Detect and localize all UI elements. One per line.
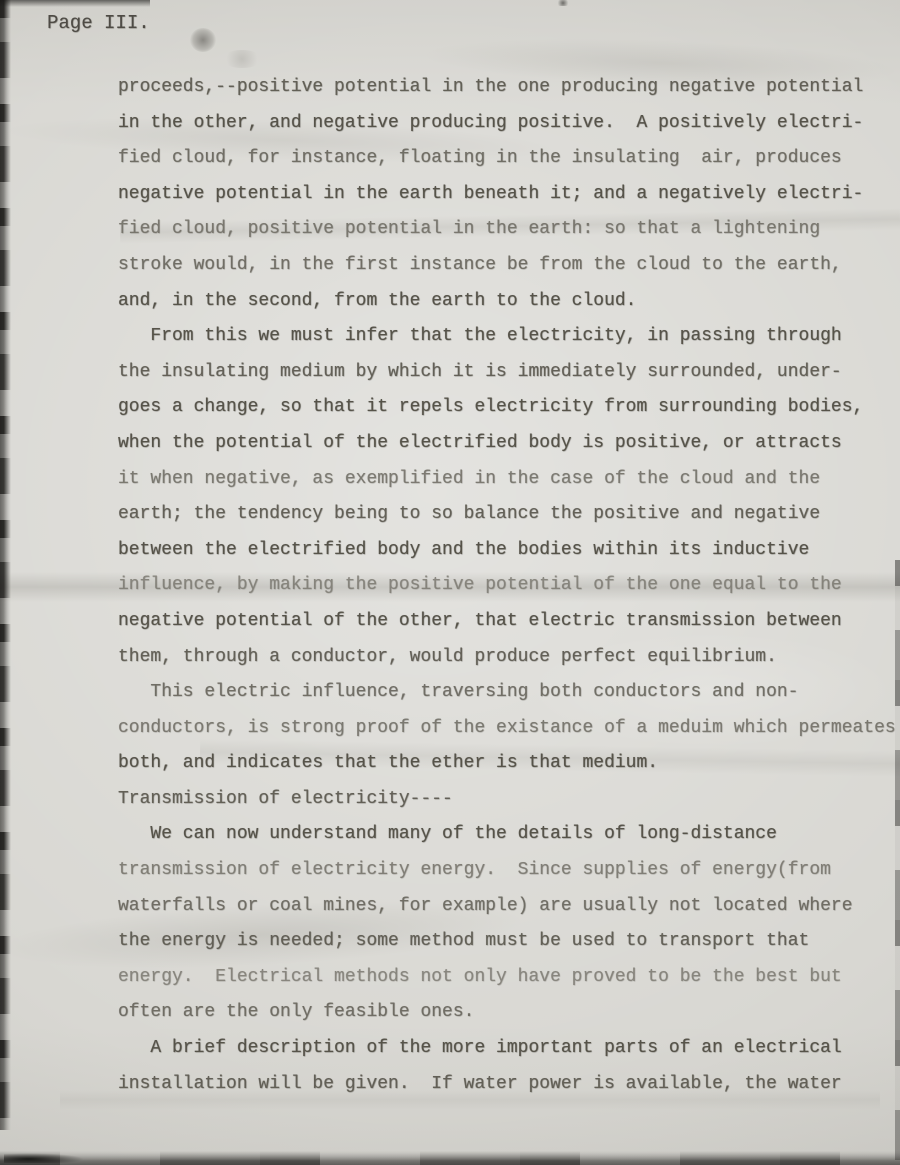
ink-smudge <box>222 50 262 68</box>
ink-speck <box>556 0 570 6</box>
text-line: fied cloud, positive potential in the ea… <box>118 216 900 252</box>
document-page: Page III. proceeds,--positive potential … <box>0 0 900 1165</box>
scan-edge-top <box>0 0 150 7</box>
text-line: both, and indicates that the ether is th… <box>118 750 900 786</box>
text-line: stroke would, in the first instance be f… <box>118 252 900 288</box>
text-line: installation will be given. If water pow… <box>118 1071 900 1107</box>
text-line: between the electrified body and the bod… <box>118 537 900 573</box>
page-number-label: Page III. <box>47 12 150 34</box>
text-line: energy. Electrical methods not only have… <box>118 964 900 1000</box>
text-line: the insulating medium by which it is imm… <box>118 359 900 395</box>
scan-edge-bottom <box>0 1151 900 1165</box>
ink-smudge <box>190 28 216 52</box>
document-text: proceeds,--positive potential in the one… <box>118 74 900 1106</box>
text-line: the energy is needed; some method must b… <box>118 928 900 964</box>
text-line: in the other, and negative producing pos… <box>118 110 900 146</box>
text-line: From this we must infer that the electri… <box>118 323 900 359</box>
text-line: when the potential of the electrified bo… <box>118 430 900 466</box>
text-line: often are the only feasible ones. <box>118 999 900 1035</box>
text-line: waterfalls or coal mines, for example) a… <box>118 893 900 929</box>
text-line: influence, by making the positive potent… <box>118 572 900 608</box>
text-line: negative potential in the earth beneath … <box>118 181 900 217</box>
scan-corner-mark <box>4 1153 84 1163</box>
text-line: it when negative, as exemplified in the … <box>118 466 900 502</box>
text-line: transmission of electricity energy. Sinc… <box>118 857 900 893</box>
text-line: Transmission of electricity---- <box>118 786 900 822</box>
text-line: fied cloud, for instance, floating in th… <box>118 145 900 181</box>
text-line: A brief description of the more importan… <box>118 1035 900 1071</box>
text-line: them, through a conductor, would produce… <box>118 644 900 680</box>
text-line: negative potential of the other, that el… <box>118 608 900 644</box>
text-line: This electric influence, traversing both… <box>118 679 900 715</box>
scan-edge-left <box>0 0 11 1130</box>
text-line: conductors, is strong proof of the exist… <box>118 715 900 751</box>
text-line: and, in the second, from the earth to th… <box>118 288 900 324</box>
text-line: We can now understand many of the detail… <box>118 821 900 857</box>
text-line: earth; the tendency being to so balance … <box>118 501 900 537</box>
text-line: goes a change, so that it repels electri… <box>118 394 900 430</box>
text-line: proceeds,--positive potential in the one… <box>118 74 900 110</box>
